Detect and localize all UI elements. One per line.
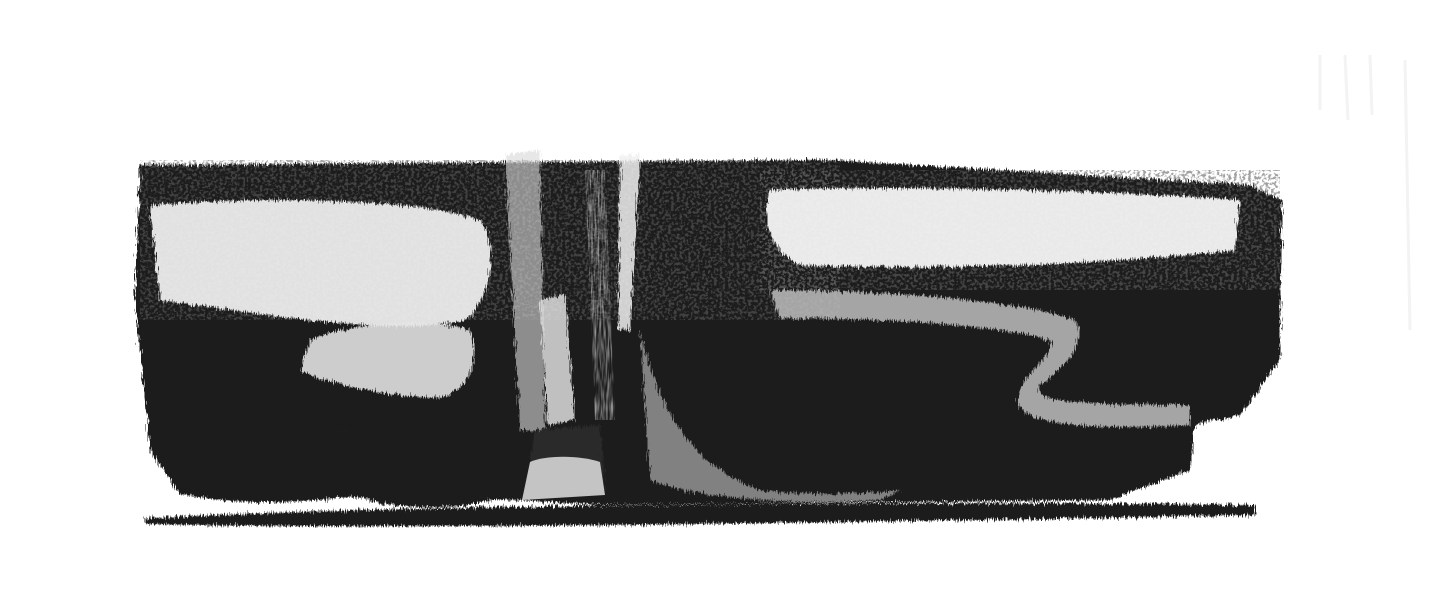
brush-painting [0, 0, 1434, 600]
base-stroke [145, 503, 1256, 526]
lower-left-strokes [155, 431, 505, 507]
faint-right-streaks [1320, 55, 1410, 330]
